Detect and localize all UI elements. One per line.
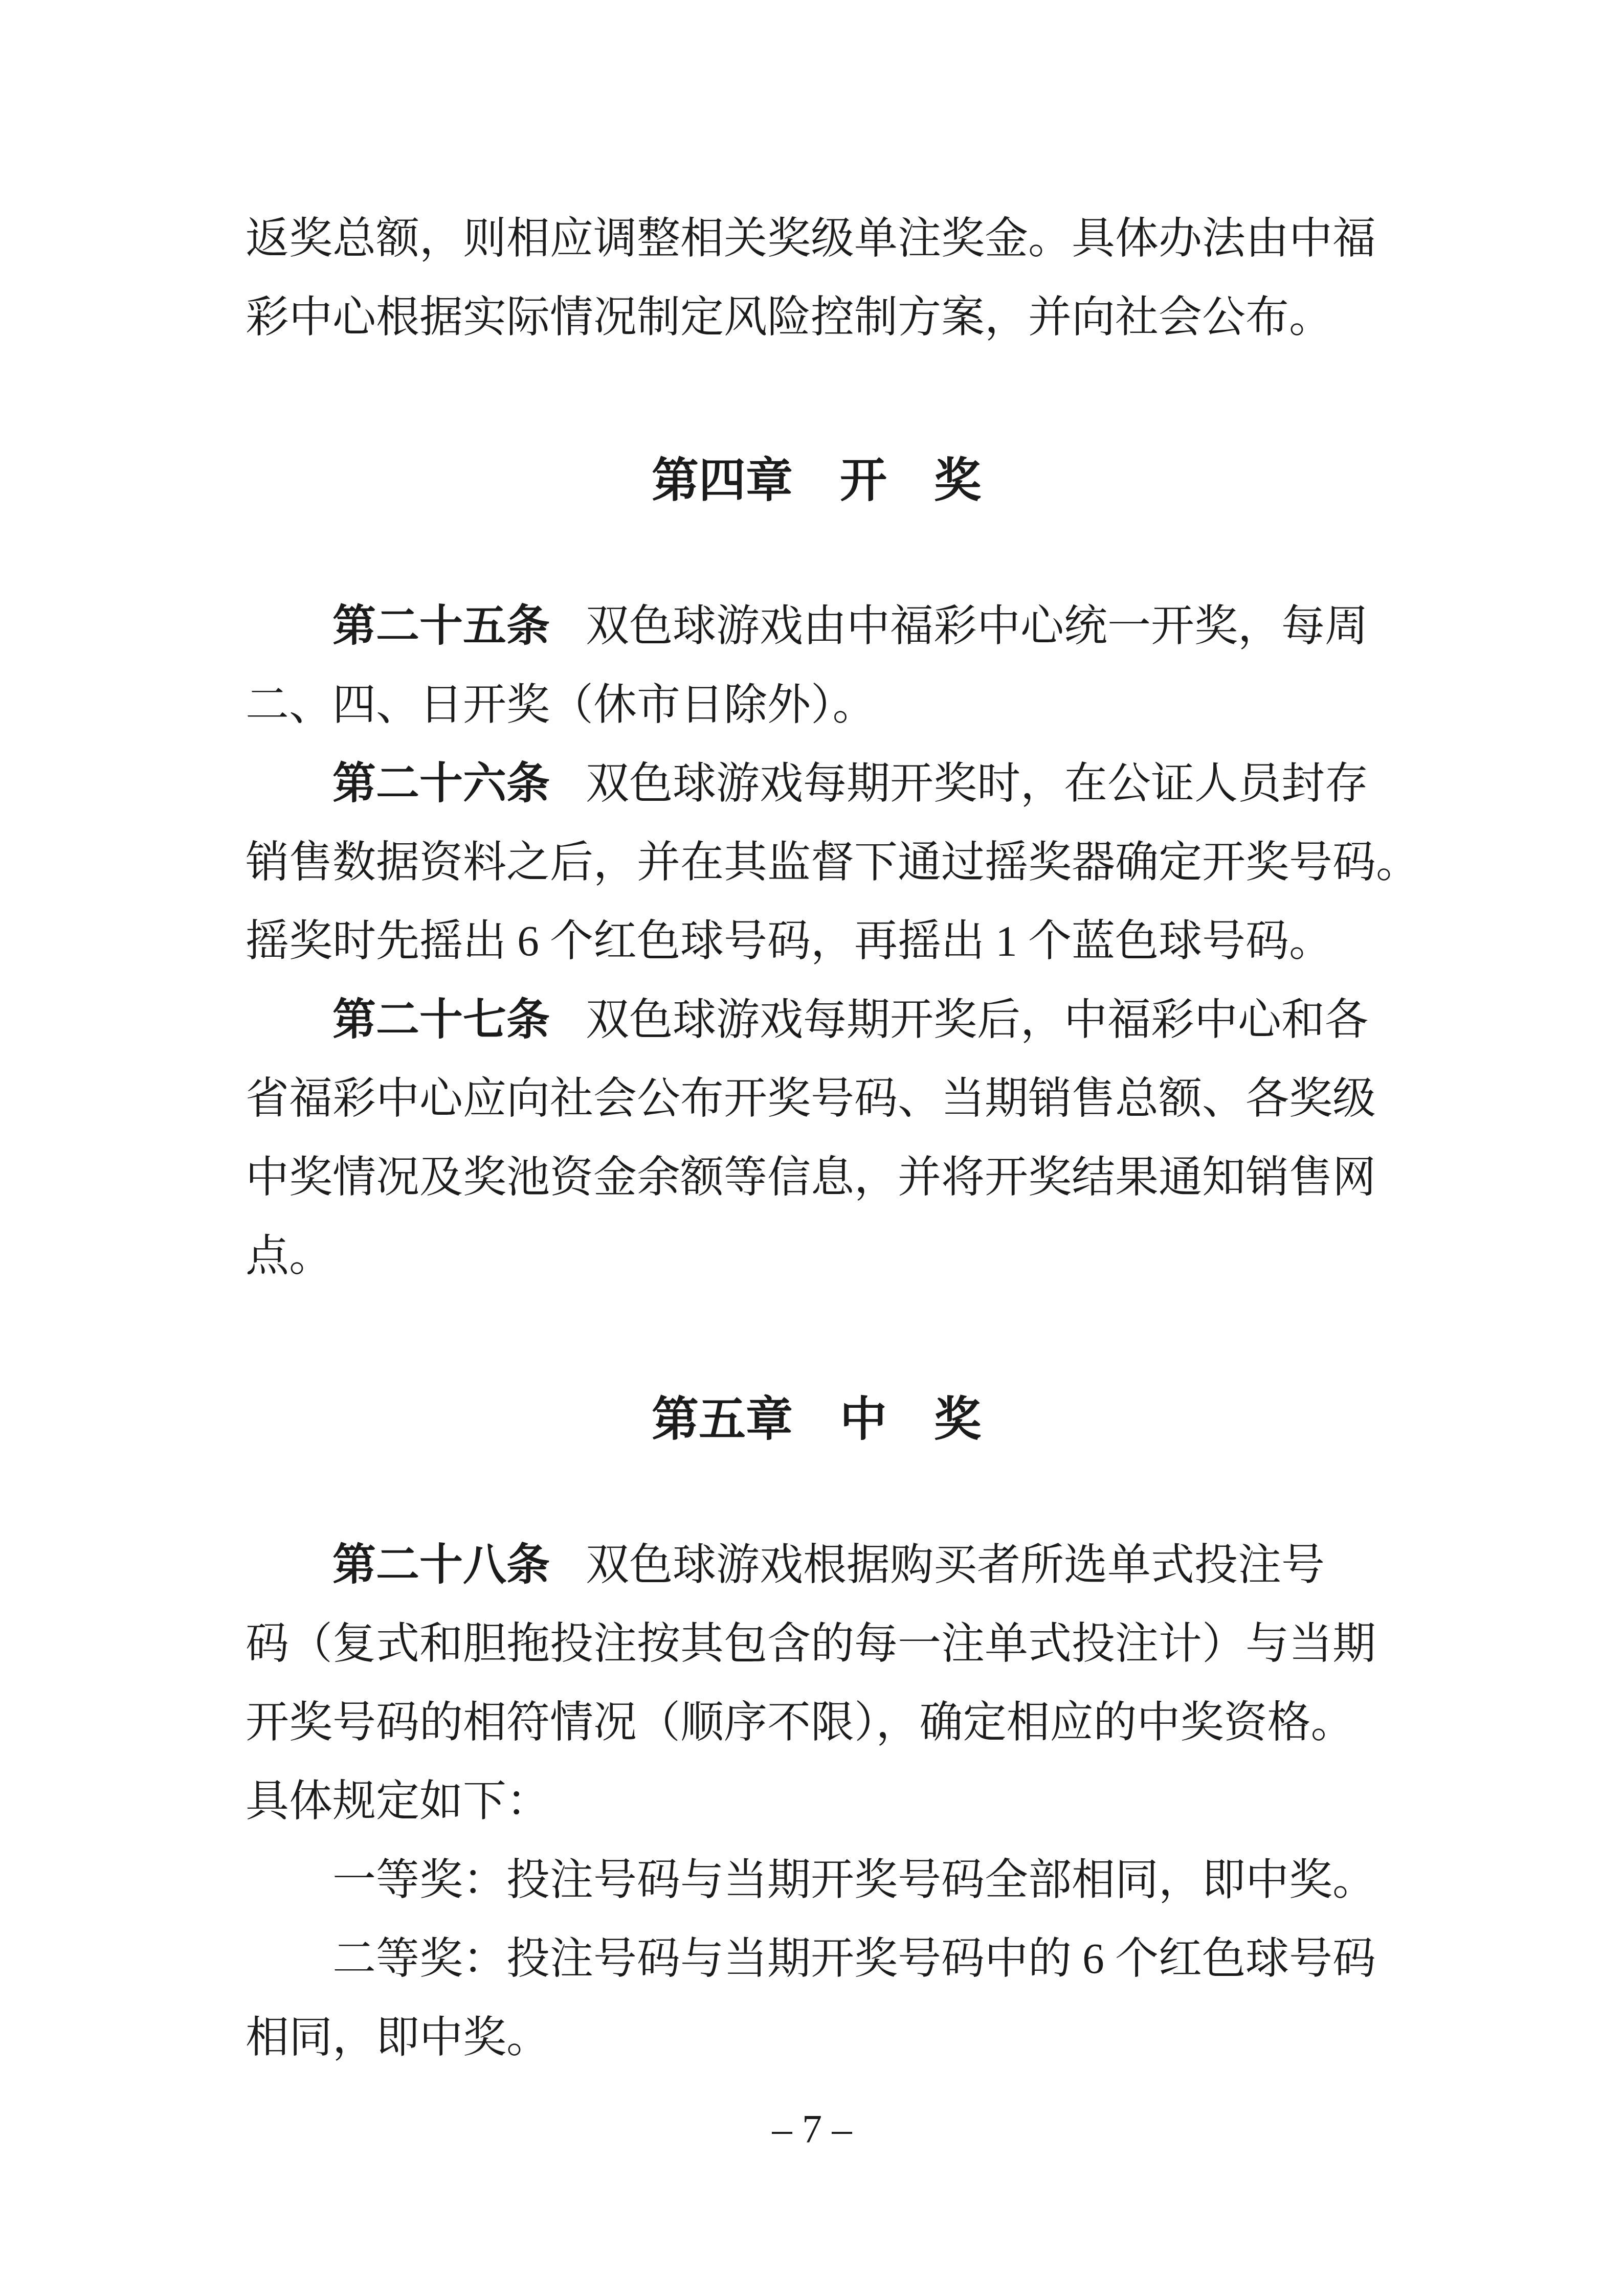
body-line: 返奖总额，则相应调整相关奖级单注奖金。具体办法由中福 [246, 199, 1387, 278]
paragraph-first-line: 一等奖：投注号码与当期开奖号码全部相同，即中奖。 [246, 1841, 1387, 1920]
chapter-heading-4: 第四章 开 奖 [246, 441, 1387, 521]
body-line: 省福彩中心应向社会公布开奖号码、当期销售总额、各奖级 [246, 1060, 1387, 1138]
page-number: – 7 – [0, 2089, 1624, 2168]
article-number-25: 第二十五条 [332, 602, 550, 650]
paragraph-first-line: 第二十五条双色球游戏由中福彩中心统一开奖，每周 [246, 587, 1387, 666]
body-line: 销售数据资料之后，并在其监督下通过摇奖器确定开奖号码。 [246, 823, 1387, 902]
article-text: 双色球游戏每期开奖后，中福彩中心和各 [586, 996, 1368, 1044]
paragraph-first-line: 二等奖：投注号码与当期开奖号码中的 6 个红色球号码 [246, 1920, 1387, 1998]
body-line: 开奖号码的相符情况（顺序不限），确定相应的中奖资格。 [246, 1683, 1387, 1762]
article-text: 双色球游戏根据购买者所选单式投注号 [586, 1541, 1325, 1589]
paragraph-first-line: 第二十六条双色球游戏每期开奖时，在公证人员封存 [246, 745, 1387, 823]
document-page: 返奖总额，则相应调整相关奖级单注奖金。具体办法由中福 彩中心根据实际情况制定风险… [0, 0, 1624, 2296]
body-line: 摇奖时先摇出 6 个红色球号码，再摇出 1 个蓝色球号码。 [246, 902, 1387, 981]
article-text: 双色球游戏由中福彩中心统一开奖，每周 [586, 602, 1368, 650]
body-line: 彩中心根据实际情况制定风险控制方案，并向社会公布。 [246, 278, 1387, 357]
paragraph-first-line: 第二十七条双色球游戏每期开奖后，中福彩中心和各 [246, 981, 1387, 1060]
article-number-28: 第二十八条 [332, 1541, 550, 1589]
article-number-26: 第二十六条 [332, 760, 550, 808]
body-line: 具体规定如下： [246, 1762, 1387, 1841]
body-line: 二、四、日开奖（休市日除外）。 [246, 666, 1387, 745]
document-text-block: 返奖总额，则相应调整相关奖级单注奖金。具体办法由中福 彩中心根据实际情况制定风险… [246, 199, 1387, 2077]
paragraph-first-line: 第二十八条双色球游戏根据购买者所选单式投注号 [246, 1526, 1387, 1605]
body-line: 码（复式和胆拖投注按其包含的每一注单式投注计）与当期 [246, 1605, 1387, 1683]
article-text: 双色球游戏每期开奖时，在公证人员封存 [586, 760, 1368, 808]
body-line: 中奖情况及奖池资金余额等信息，并将开奖结果通知销售网 [246, 1138, 1387, 1217]
body-line: 点。 [246, 1217, 1387, 1296]
chapter-heading-5: 第五章 中 奖 [246, 1380, 1387, 1459]
body-line: 相同，即中奖。 [246, 1998, 1387, 2077]
article-number-27: 第二十七条 [332, 996, 550, 1044]
